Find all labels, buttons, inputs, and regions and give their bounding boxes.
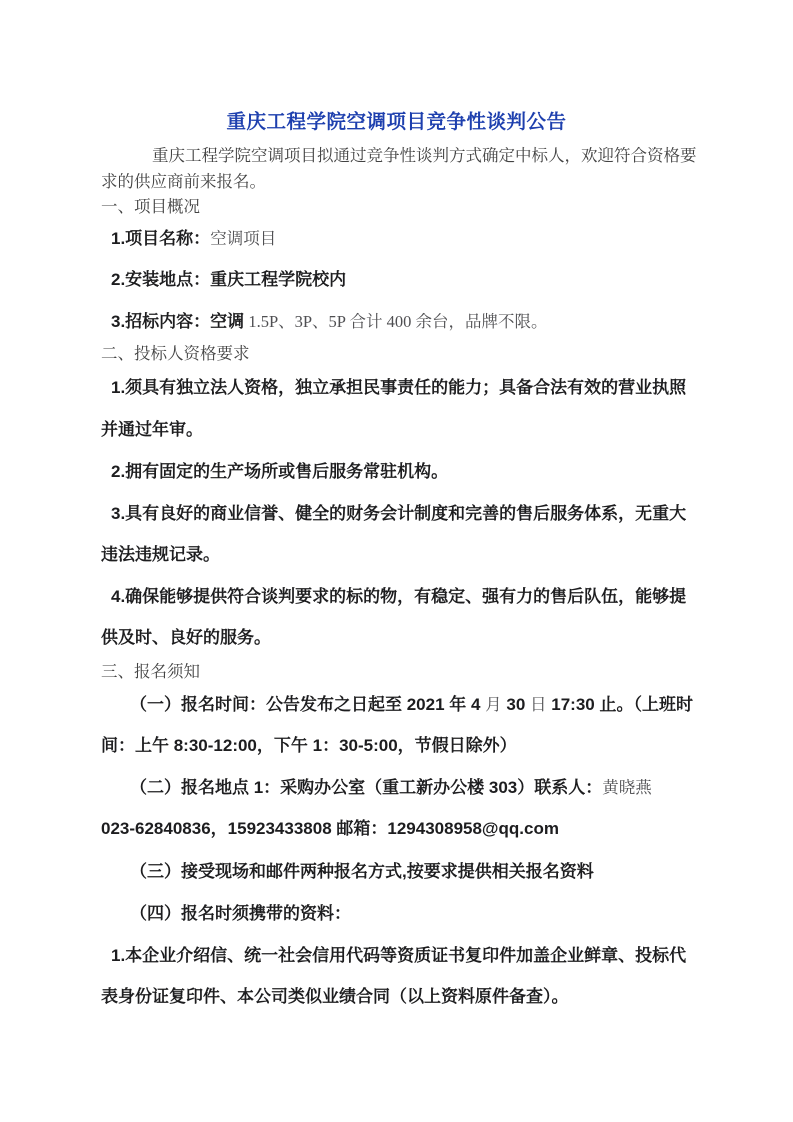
item1-project-name: 1.项目名称：空调项目 (111, 228, 276, 250)
page-title: 重庆工程学院空调项目竞争性谈判公告 (0, 106, 793, 134)
note1-line1-pre: （一）报名时间：公告发布之日起至 2021 年 4 (130, 695, 485, 714)
note5-line1: 1.本企业介绍信、统一社会信用代码等资质证书复印件加盖企业鲜章、投标代 (111, 945, 686, 966)
item3-value: 1.5P、3P、5P 合计 400 余台，品牌不限。 (244, 312, 547, 331)
intro-line-2: 求的供应商前来报名。 (101, 172, 266, 193)
requirement1-line1: 1.须具有独立法人资格，独立承担民事责任的能力；具备合法有效的营业执照 (111, 377, 686, 398)
item3-bid-content: 3.招标内容：空调 1.5P、3P、5P 合计 400 余台，品牌不限。 (111, 311, 547, 333)
note2-line1-label: （二）报名地点 1：采购办公室（重工新办公楼 303）联系人： (130, 778, 602, 797)
section1-heading: 一、项目概况 (101, 197, 200, 218)
note2-contact-name: 黄晓燕 (602, 778, 652, 797)
note3: （三）接受现场和邮件两种报名方式,按要求提供相关报名资料 (130, 861, 594, 882)
requirement4-line2: 供及时、良好的服务。 (101, 627, 271, 648)
note4: （四）报名时须携带的资料： (130, 903, 351, 924)
note5-line2: 表身份证复印件、本公司类似业绩合同（以上资料原件备查）。 (101, 986, 569, 1007)
section2-heading: 二、投标人资格要求 (101, 344, 250, 365)
intro-line-1: 重庆工程学院空调项目拟通过竞争性谈判方式确定中标人，欢迎符合资格要 (152, 146, 697, 167)
note1-line1-post: 17:30 止。（上班时 (547, 695, 693, 714)
note1-line1-month: 月 (485, 695, 502, 714)
section3-heading: 三、报名须知 (101, 662, 200, 683)
note1-line2: 间：上午 8:30-12:00，下午 1：30-5:00，节假日除外） (101, 735, 517, 756)
requirement3-line2: 违法违规记录。 (101, 544, 220, 565)
note2-line2-phones-email: 023-62840836，15923433808 邮箱：1294308958@q… (101, 818, 559, 839)
item1-value: 空调项目 (210, 229, 276, 248)
item3-label: 3.招标内容：空调 (111, 312, 244, 331)
item1-label: 1.项目名称： (111, 229, 210, 248)
note1-line1: （一）报名时间：公告发布之日起至 2021 年 4 月 30 日 17:30 止… (130, 694, 693, 716)
requirement4-line1: 4.确保能够提供符合谈判要求的标的物，有稳定、强有力的售后队伍，能够提 (111, 586, 686, 607)
document-page: 重庆工程学院空调项目竞争性谈判公告 重庆工程学院空调项目拟通过竞争性谈判方式确定… (0, 0, 793, 1122)
note1-line1-day: 日 (530, 695, 547, 714)
note2-line1: （二）报名地点 1：采购办公室（重工新办公楼 303）联系人：黄晓燕 (130, 777, 652, 799)
requirement2: 2.拥有固定的生产场所或售后服务常驻机构。 (111, 461, 448, 482)
requirement3-line1: 3.具有良好的商业信誉、健全的财务会计制度和完善的售后服务体系，无重大 (111, 503, 686, 524)
requirement1-line2: 并通过年审。 (101, 419, 203, 440)
item2-install-location: 2.安装地点：重庆工程学院校内 (111, 269, 346, 290)
note1-line1-mid: 30 (502, 695, 530, 714)
